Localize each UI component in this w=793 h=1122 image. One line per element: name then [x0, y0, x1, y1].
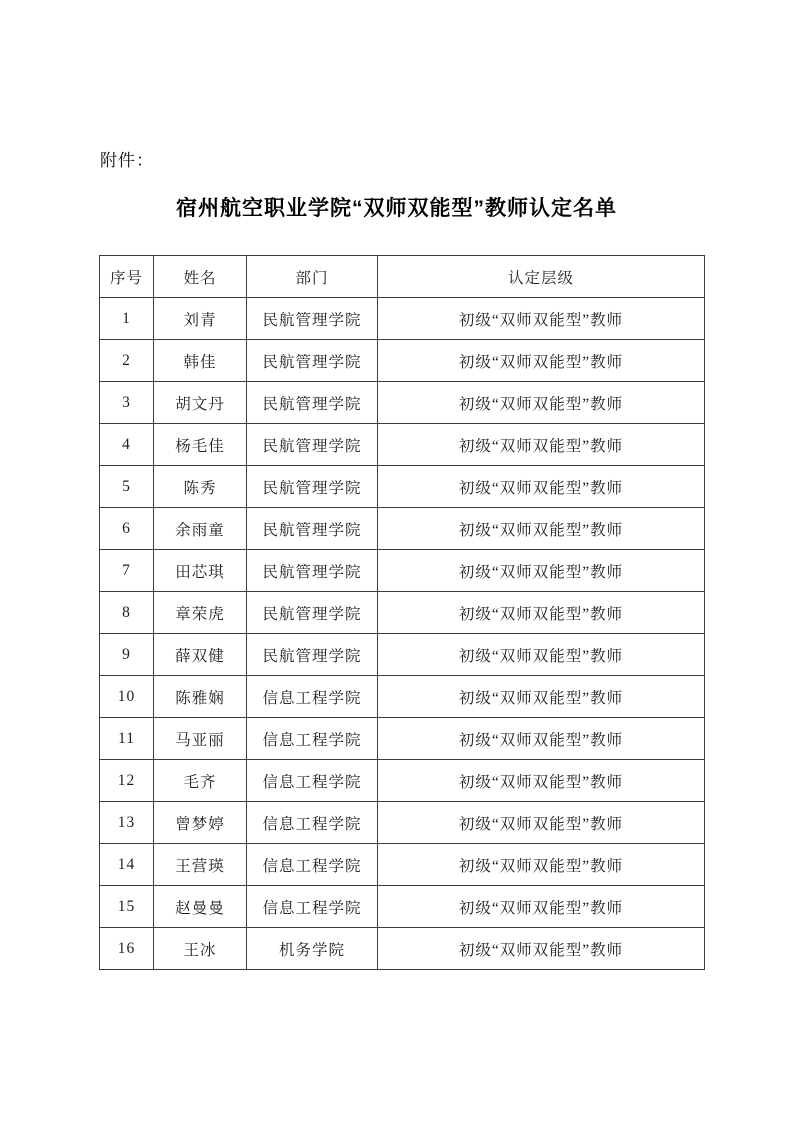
table-row: 10陈雅娴信息工程学院初级“双师双能型”教师 [100, 676, 705, 718]
table-row: 1刘青民航管理学院初级“双师双能型”教师 [100, 298, 705, 340]
department-cell: 民航管理学院 [247, 466, 378, 508]
recognition-level-cell: 初级“双师双能型”教师 [378, 760, 705, 802]
serial-number-cell: 9 [100, 634, 154, 676]
serial-number-cell: 8 [100, 592, 154, 634]
table-row: 5陈秀民航管理学院初级“双师双能型”教师 [100, 466, 705, 508]
header-recognition-level: 认定层级 [378, 256, 705, 298]
table-row: 16王冰机务学院初级“双师双能型”教师 [100, 928, 705, 970]
attachment-label: 附件： [100, 146, 154, 171]
name-cell: 陈秀 [154, 466, 247, 508]
recognition-level-cell: 初级“双师双能型”教师 [378, 424, 705, 466]
document-page: 附件： 宿州航空职业学院“双师双能型”教师认定名单 序号 姓名 部门 认定层级 … [0, 0, 793, 1122]
name-cell: 章荣虎 [154, 592, 247, 634]
name-cell: 王冰 [154, 928, 247, 970]
name-cell: 毛齐 [154, 760, 247, 802]
name-cell: 薛双健 [154, 634, 247, 676]
department-cell: 民航管理学院 [247, 382, 378, 424]
name-cell: 韩佳 [154, 340, 247, 382]
recognition-level-cell: 初级“双师双能型”教师 [378, 928, 705, 970]
department-cell: 民航管理学院 [247, 508, 378, 550]
serial-number-cell: 13 [100, 802, 154, 844]
department-cell: 民航管理学院 [247, 298, 378, 340]
table-row: 12毛齐信息工程学院初级“双师双能型”教师 [100, 760, 705, 802]
table-row: 9薛双健民航管理学院初级“双师双能型”教师 [100, 634, 705, 676]
recognition-level-cell: 初级“双师双能型”教师 [378, 592, 705, 634]
serial-number-cell: 5 [100, 466, 154, 508]
serial-number-cell: 10 [100, 676, 154, 718]
table-row: 11马亚丽信息工程学院初级“双师双能型”教师 [100, 718, 705, 760]
name-cell: 王营瑛 [154, 844, 247, 886]
serial-number-cell: 11 [100, 718, 154, 760]
department-cell: 信息工程学院 [247, 718, 378, 760]
serial-number-cell: 7 [100, 550, 154, 592]
department-cell: 信息工程学院 [247, 844, 378, 886]
header-name: 姓名 [154, 256, 247, 298]
recognition-level-cell: 初级“双师双能型”教师 [378, 844, 705, 886]
table-row: 4杨毛佳民航管理学院初级“双师双能型”教师 [100, 424, 705, 466]
department-cell: 机务学院 [247, 928, 378, 970]
department-cell: 民航管理学院 [247, 424, 378, 466]
department-cell: 信息工程学院 [247, 760, 378, 802]
name-cell: 马亚丽 [154, 718, 247, 760]
department-cell: 信息工程学院 [247, 886, 378, 928]
department-cell: 民航管理学院 [247, 592, 378, 634]
table-body: 1刘青民航管理学院初级“双师双能型”教师2韩佳民航管理学院初级“双师双能型”教师… [100, 298, 705, 970]
table-row: 8章荣虎民航管理学院初级“双师双能型”教师 [100, 592, 705, 634]
department-cell: 信息工程学院 [247, 802, 378, 844]
department-cell: 信息工程学院 [247, 676, 378, 718]
department-cell: 民航管理学院 [247, 340, 378, 382]
serial-number-cell: 1 [100, 298, 154, 340]
table-row: 7田芯琪民航管理学院初级“双师双能型”教师 [100, 550, 705, 592]
recognition-level-cell: 初级“双师双能型”教师 [378, 298, 705, 340]
serial-number-cell: 2 [100, 340, 154, 382]
serial-number-cell: 4 [100, 424, 154, 466]
serial-number-cell: 6 [100, 508, 154, 550]
table-row: 2韩佳民航管理学院初级“双师双能型”教师 [100, 340, 705, 382]
recognition-level-cell: 初级“双师双能型”教师 [378, 466, 705, 508]
name-cell: 刘青 [154, 298, 247, 340]
table-row: 13曾梦婷信息工程学院初级“双师双能型”教师 [100, 802, 705, 844]
name-cell: 陈雅娴 [154, 676, 247, 718]
table-row: 15赵曼曼信息工程学院初级“双师双能型”教师 [100, 886, 705, 928]
table-header-row: 序号 姓名 部门 认定层级 [100, 256, 705, 298]
serial-number-cell: 3 [100, 382, 154, 424]
name-cell: 赵曼曼 [154, 886, 247, 928]
recognition-level-cell: 初级“双师双能型”教师 [378, 550, 705, 592]
name-cell: 曾梦婷 [154, 802, 247, 844]
serial-number-cell: 16 [100, 928, 154, 970]
name-cell: 田芯琪 [154, 550, 247, 592]
table-row: 6余雨童民航管理学院初级“双师双能型”教师 [100, 508, 705, 550]
table-row: 14王营瑛信息工程学院初级“双师双能型”教师 [100, 844, 705, 886]
teacher-recognition-table: 序号 姓名 部门 认定层级 1刘青民航管理学院初级“双师双能型”教师2韩佳民航管… [99, 255, 705, 970]
recognition-level-cell: 初级“双师双能型”教师 [378, 508, 705, 550]
recognition-level-cell: 初级“双师双能型”教师 [378, 886, 705, 928]
header-serial-number: 序号 [100, 256, 154, 298]
recognition-level-cell: 初级“双师双能型”教师 [378, 340, 705, 382]
department-cell: 民航管理学院 [247, 634, 378, 676]
table-row: 3胡文丹民航管理学院初级“双师双能型”教师 [100, 382, 705, 424]
recognition-level-cell: 初级“双师双能型”教师 [378, 634, 705, 676]
recognition-level-cell: 初级“双师双能型”教师 [378, 802, 705, 844]
name-cell: 胡文丹 [154, 382, 247, 424]
serial-number-cell: 14 [100, 844, 154, 886]
serial-number-cell: 12 [100, 760, 154, 802]
recognition-level-cell: 初级“双师双能型”教师 [378, 382, 705, 424]
recognition-level-cell: 初级“双师双能型”教师 [378, 718, 705, 760]
name-cell: 余雨童 [154, 508, 247, 550]
department-cell: 民航管理学院 [247, 550, 378, 592]
header-department: 部门 [247, 256, 378, 298]
name-cell: 杨毛佳 [154, 424, 247, 466]
document-title: 宿州航空职业学院“双师双能型”教师认定名单 [0, 192, 793, 222]
recognition-level-cell: 初级“双师双能型”教师 [378, 676, 705, 718]
serial-number-cell: 15 [100, 886, 154, 928]
